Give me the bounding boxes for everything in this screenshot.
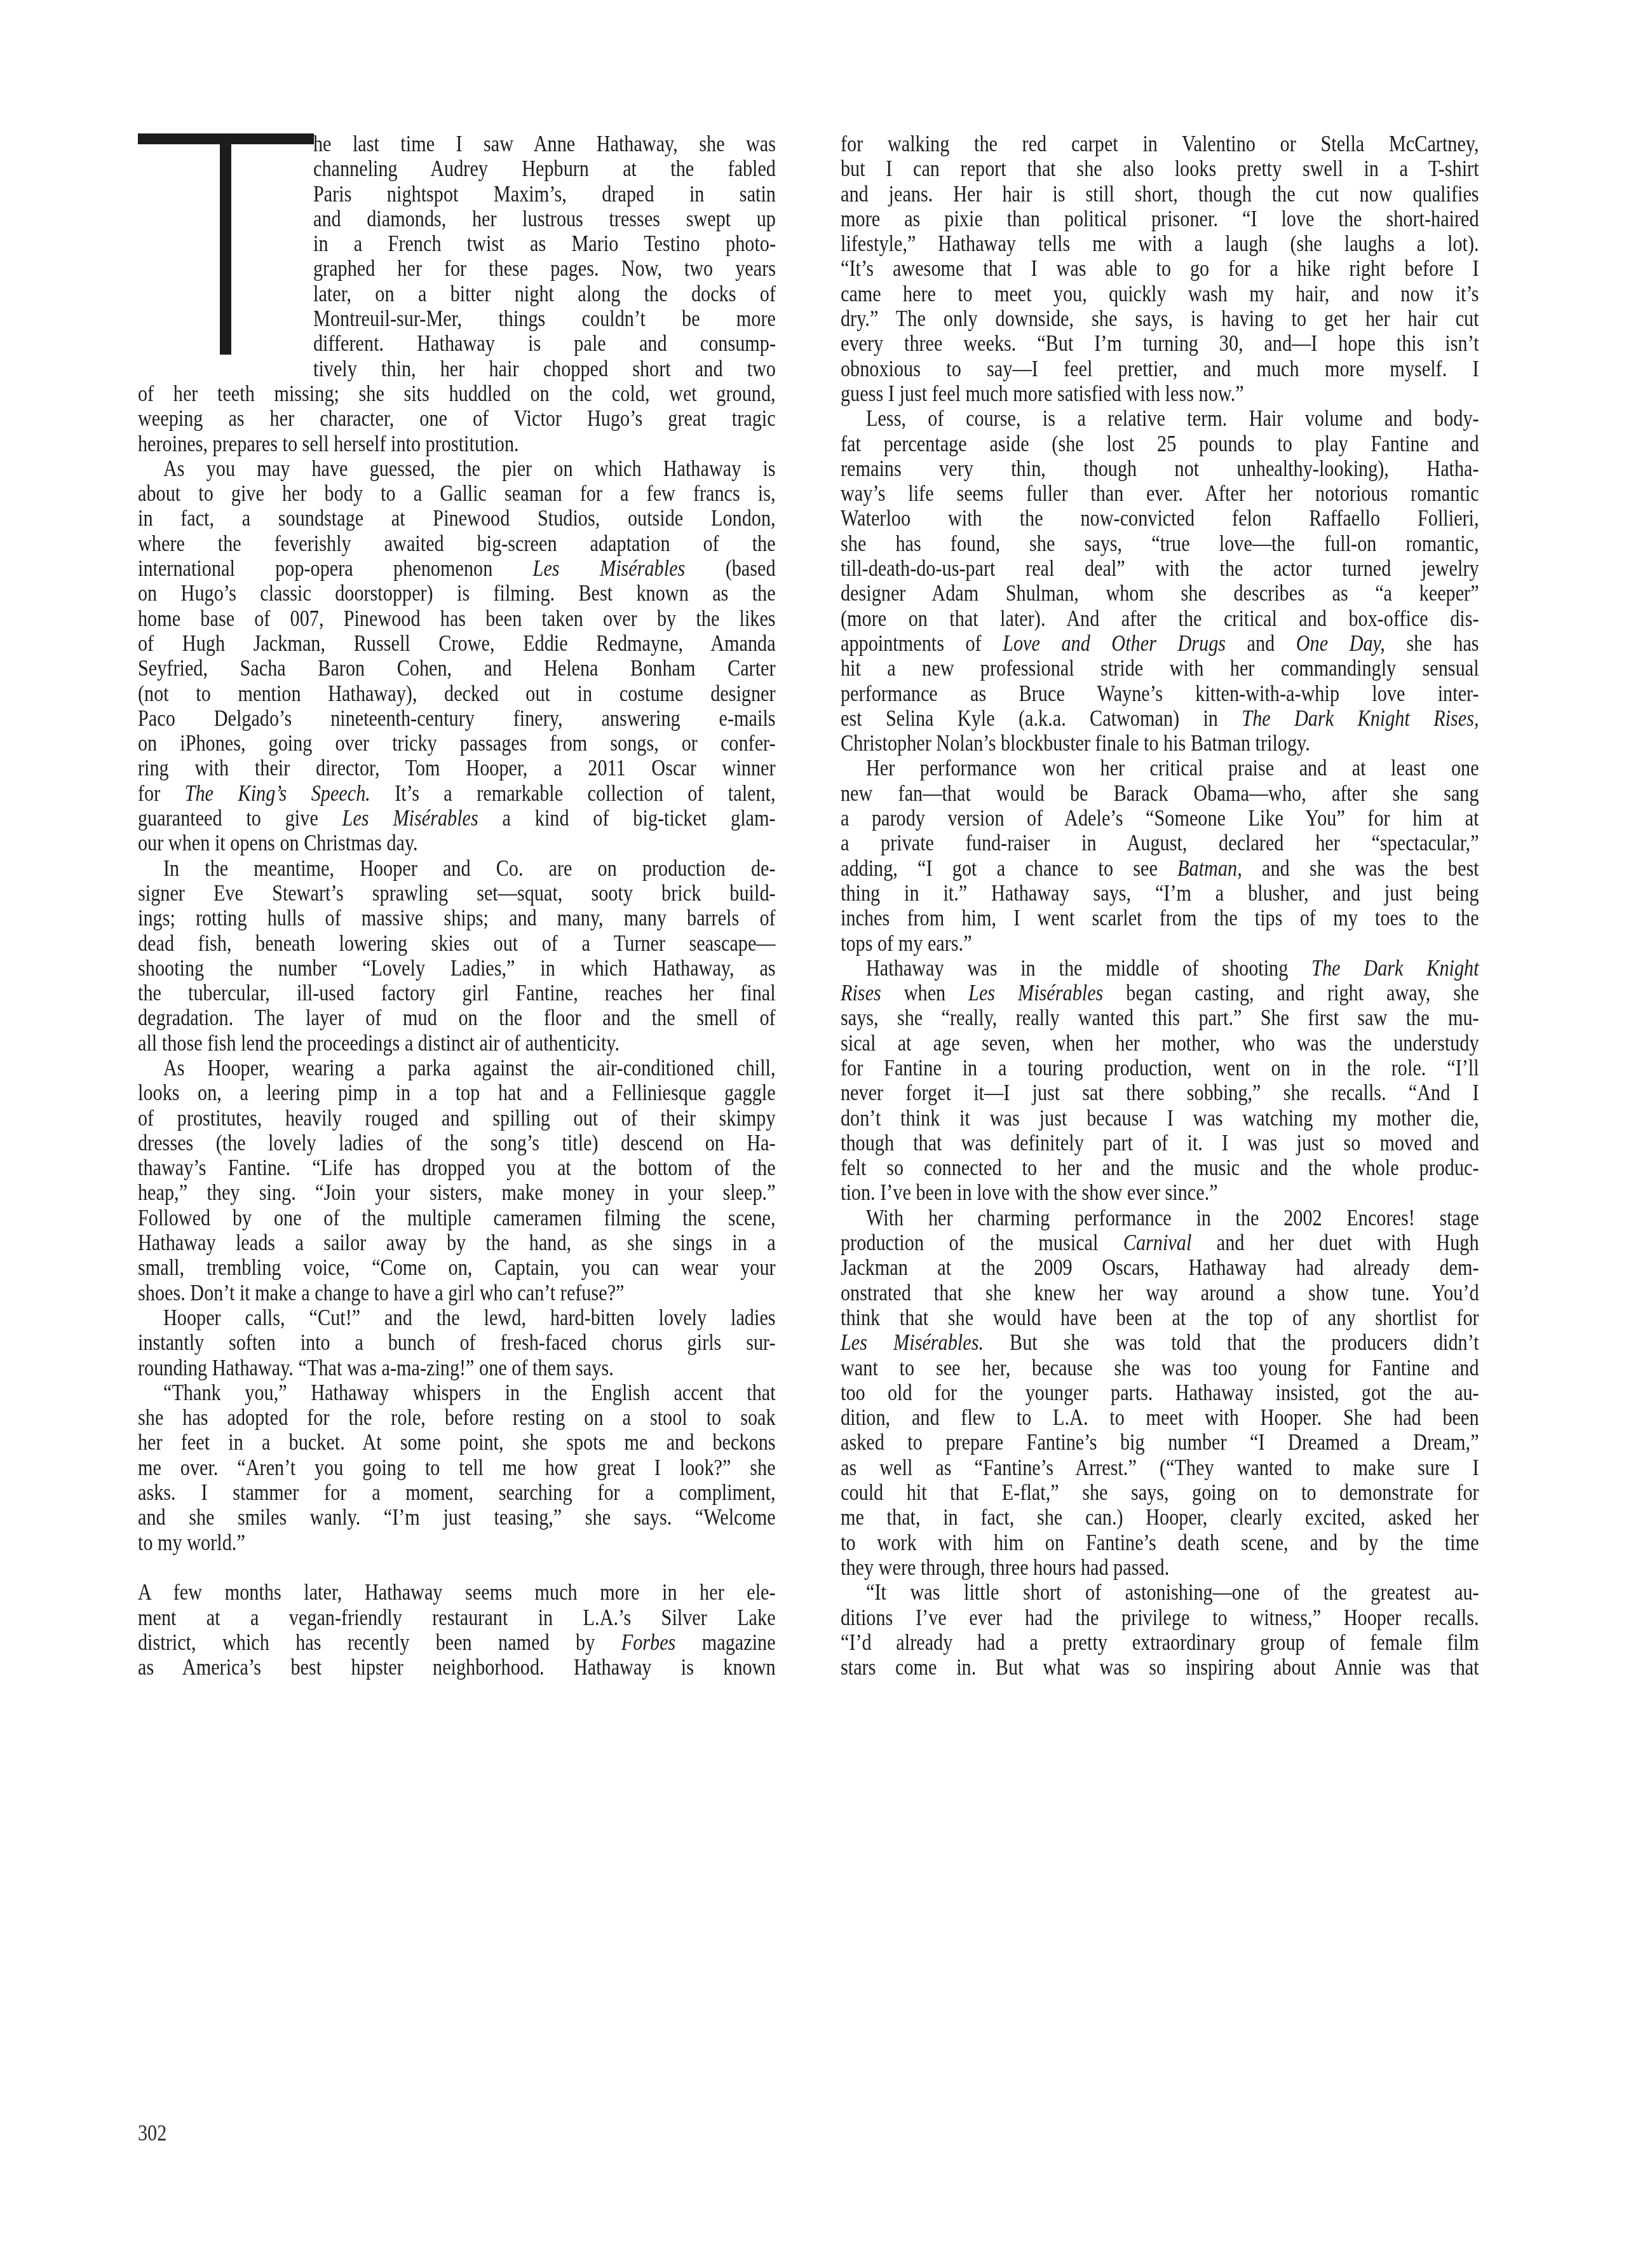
- text-line: hit a new professional stride with her c…: [841, 656, 1479, 681]
- text-line: for The King’s Speech. It’s a remarkable…: [138, 781, 776, 806]
- text-line: asked to prepare Fantine’s big number “I…: [841, 1430, 1479, 1455]
- text-line-content: to work with him on Fantine’s death scen…: [841, 1530, 1479, 1555]
- text-line: Hathaway was in the middle of shooting T…: [841, 956, 1479, 981]
- text-line-content: channeling Audrey Hepburn at the fabled: [313, 156, 776, 181]
- text-line-content: as well as “Fantine’s Arrest.” (“They wa…: [841, 1455, 1479, 1480]
- text-line: all those fish lend the proceedings a di…: [138, 1031, 776, 1056]
- text-line: shooting the number “Lovely Ladies,” in …: [138, 956, 776, 981]
- text-line-content: production of the musical Carnival and h…: [841, 1230, 1479, 1255]
- text-line-content: obnoxious to say—I feel prettier, and mu…: [841, 357, 1479, 381]
- text-line-content: they were through, three hours had passe…: [841, 1555, 1479, 1580]
- text-line-content: he last time I saw Anne Hathaway, she wa…: [313, 132, 776, 156]
- text-line: later, on a bitter night along the docks…: [313, 282, 776, 306]
- text-line: heroines, prepares to sell herself into …: [138, 432, 776, 456]
- text-line-content: dition, and flew to L.A. to meet with Ho…: [841, 1405, 1479, 1430]
- text-line: and jeans. Her hair is still short, thou…: [841, 182, 1479, 207]
- text-line-content: never forget it—I just sat there sobbing…: [841, 1080, 1479, 1105]
- text-line: the tubercular, ill-used factory girl Fa…: [138, 981, 776, 1005]
- text-line: shoes. Don’t it make a change to have a …: [138, 1281, 776, 1305]
- text-line: As Hooper, wearing a parka against the a…: [138, 1056, 776, 1080]
- text-line: sical at age seven, when her mother, who…: [841, 1031, 1479, 1056]
- text-line: obnoxious to say—I feel prettier, and mu…: [841, 357, 1479, 381]
- text-line: A few months later, Hathaway seems much …: [138, 1580, 776, 1605]
- text-line-content: Christopher Nolan’s blockbuster finale t…: [841, 731, 1479, 756]
- text-line-content: “I’d already had a pretty extraordinary …: [841, 1630, 1479, 1655]
- text-line-content: more as pixie than political prisoner. “…: [841, 207, 1479, 231]
- text-line: production of the musical Carnival and h…: [841, 1230, 1479, 1255]
- text-line-content: inches from him, I went scarlet from the…: [841, 906, 1479, 930]
- text-line-content: to my world.”: [138, 1530, 776, 1555]
- text-line: he last time I saw Anne Hathaway, she wa…: [313, 132, 776, 156]
- text-line: they were through, three hours had passe…: [841, 1555, 1479, 1580]
- text-line-content: different. Hathaway is pale and consump-: [313, 331, 776, 356]
- text-line-content: till-death-do-us-part real deal” with th…: [841, 556, 1479, 581]
- text-line-content: appointments of Love and Other Drugs and…: [841, 631, 1479, 656]
- text-line-content: (not to mention Hathaway), decked out in…: [138, 681, 776, 706]
- text-line-content: (more on that later). And after the crit…: [841, 606, 1479, 631]
- text-line-content: fat percentage aside (she lost 25 pounds…: [841, 432, 1479, 456]
- text-line: ment at a vegan-friendly restaurant in L…: [138, 1605, 776, 1630]
- text-line: to work with him on Fantine’s death scen…: [841, 1530, 1479, 1555]
- text-line: tively thin, her hair chopped short and …: [313, 357, 776, 381]
- text-line-content: want to see her, because she was too you…: [841, 1356, 1479, 1380]
- text-line-content: Seyfried, Sacha Baron Cohen, and Helena …: [138, 656, 776, 681]
- text-line: tion. I’ve been in love with the show ev…: [841, 1180, 1479, 1205]
- text-line: district, which has recently been named …: [138, 1630, 776, 1655]
- text-line: stars come in. But what was so inspiring…: [841, 1655, 1479, 1680]
- text-line: est Selina Kyle (a.k.a. Catwoman) in The…: [841, 706, 1479, 731]
- text-line: small, trembling voice, “Come on, Captai…: [138, 1255, 776, 1280]
- text-line: way’s life seems fuller than ever. After…: [841, 481, 1479, 506]
- text-line-content: Paco Delgado’s nineteenth-century finery…: [138, 706, 776, 731]
- text-line-content: for walking the red carpet in Valentino …: [841, 132, 1479, 156]
- text-line: think that she would have been at the to…: [841, 1305, 1479, 1330]
- text-line: Less, of course, is a relative term. Hai…: [841, 406, 1479, 431]
- text-line: dition, and flew to L.A. to meet with Ho…: [841, 1405, 1479, 1430]
- text-line: home base of 007, Pinewood has been take…: [138, 606, 776, 631]
- text-line-content: guess I just feel much more satisfied wi…: [841, 381, 1479, 406]
- text-line-content: in fact, a soundstage at Pinewood Studio…: [138, 506, 776, 531]
- text-line: With her charming performance in the 200…: [841, 1206, 1479, 1230]
- text-line-content: think that she would have been at the to…: [841, 1305, 1479, 1330]
- text-line: Les Misérables. But she was told that th…: [841, 1330, 1479, 1355]
- text-line-content: adding, “I got a chance to see Batman, a…: [841, 856, 1479, 881]
- text-line-content: she has found, she says, “true love—the …: [841, 531, 1479, 556]
- text-line-content: ring with their director, Tom Hooper, a …: [138, 756, 776, 780]
- text-line: heap,” they sing. “Join your sisters, ma…: [138, 1180, 776, 1205]
- text-line: Rises when Les Misérables began casting,…: [841, 981, 1479, 1005]
- text-line: and diamonds, her lustrous tresses swept…: [313, 207, 776, 231]
- text-line-content: rounding Hathaway. “That was a-ma-zing!”…: [138, 1356, 776, 1380]
- text-line: Paco Delgado’s nineteenth-century finery…: [138, 706, 776, 731]
- text-line: Montreuil-sur-Mer, things couldn’t be mo…: [313, 306, 776, 331]
- text-line-content: felt so connected to her and the music a…: [841, 1155, 1479, 1180]
- text-line: (more on that later). And after the crit…: [841, 606, 1479, 631]
- text-line-content: Followed by one of the multiple camerame…: [138, 1206, 776, 1230]
- text-line: weeping as her character, one of Victor …: [138, 406, 776, 431]
- text-line-content: “It’s awesome that I was able to go for …: [841, 256, 1479, 281]
- text-line-content: of Hugh Jackman, Russell Crowe, Eddie Re…: [138, 631, 776, 656]
- text-line: as America’s best hipster neighborhood. …: [138, 1655, 776, 1680]
- text-line-content: asked to prepare Fantine’s big number “I…: [841, 1430, 1479, 1455]
- text-line-content: est Selina Kyle (a.k.a. Catwoman) in The…: [841, 706, 1479, 731]
- text-line: lifestyle,” Hathaway tells me with a lau…: [841, 231, 1479, 256]
- text-line-content: her feet in a bucket. At some point, she…: [138, 1430, 776, 1455]
- text-line-content: heroines, prepares to sell herself into …: [138, 432, 776, 456]
- text-line-content: the tubercular, ill-used factory girl Fa…: [138, 981, 776, 1005]
- left-text-column: he last time I saw Anne Hathaway, she wa…: [138, 132, 776, 1680]
- text-line: designer Adam Shulman, whom she describe…: [841, 581, 1479, 606]
- text-line-content: Rises when Les Misérables began casting,…: [841, 981, 1479, 1005]
- text-line-content: onstrated that she knew her way around a…: [841, 1281, 1479, 1305]
- text-line-content: home base of 007, Pinewood has been take…: [138, 606, 776, 631]
- text-line-content: As you may have guessed, the pier on whi…: [138, 456, 776, 481]
- text-line-content: me that, in fact, she can.) Hooper, clea…: [841, 1505, 1479, 1530]
- text-line: in fact, a soundstage at Pinewood Studio…: [138, 506, 776, 531]
- text-line: don’t think it was just because I was wa…: [841, 1106, 1479, 1131]
- text-line-content: A few months later, Hathaway seems much …: [138, 1580, 776, 1605]
- text-line: signer Eve Stewart’s sprawling set—squat…: [138, 881, 776, 906]
- text-line: different. Hathaway is pale and consump-: [313, 331, 776, 356]
- text-line-content: international pop-opera phenomenon Les M…: [138, 556, 776, 581]
- text-line: too old for the younger parts. Hathaway …: [841, 1380, 1479, 1405]
- text-line: on Hugo’s classic doorstopper) is filmin…: [138, 581, 776, 606]
- text-line: but I can report that she also looks pre…: [841, 156, 1479, 181]
- text-line: As you may have guessed, the pier on whi…: [138, 456, 776, 481]
- text-line: ings; rotting hulls of massive ships; an…: [138, 906, 776, 930]
- text-line-content: instantly soften into a bunch of fresh-f…: [138, 1330, 776, 1355]
- text-line-content: thing in it.” Hathaway says, “I’m a blus…: [841, 881, 1479, 906]
- text-line: of Hugh Jackman, Russell Crowe, Eddie Re…: [138, 631, 776, 656]
- text-line-content: shooting the number “Lovely Ladies,” in …: [138, 956, 776, 981]
- text-line-content: designer Adam Shulman, whom she describe…: [841, 581, 1479, 606]
- text-line-content: graphed her for these pages. Now, two ye…: [313, 256, 776, 281]
- text-line-content: asks. I stammer for a moment, searching …: [138, 1480, 776, 1505]
- text-line: thaway’s Fantine. “Life has dropped you …: [138, 1155, 776, 1180]
- text-line-content: stars come in. But what was so inspiring…: [841, 1655, 1479, 1680]
- text-line: rounding Hathaway. “That was a-ma-zing!”…: [138, 1356, 776, 1380]
- text-line-content: and diamonds, her lustrous tresses swept…: [313, 207, 776, 231]
- text-line: in a French twist as Mario Testino photo…: [313, 231, 776, 256]
- text-line-content: Paris nightspot Maxim’s, draped in satin: [313, 182, 776, 207]
- text-line: thing in it.” Hathaway says, “I’m a blus…: [841, 881, 1479, 906]
- text-line-content: in a French twist as Mario Testino photo…: [313, 231, 776, 256]
- text-line: our when it opens on Christmas day.: [138, 831, 776, 855]
- text-line: for Fantine in a touring production, wen…: [841, 1056, 1479, 1080]
- text-line-content: on iPhones, going over tricky passages f…: [138, 731, 776, 756]
- text-line: international pop-opera phenomenon Les M…: [138, 556, 776, 581]
- text-line: dead fish, beneath lowering skies out of…: [138, 931, 776, 956]
- text-line-content: tion. I’ve been in love with the show ev…: [841, 1180, 1479, 1205]
- text-line: dresses (the lovely ladies of the song’s…: [138, 1131, 776, 1155]
- text-line: for walking the red carpet in Valentino …: [841, 132, 1479, 156]
- text-line: about to give her body to a Gallic seama…: [138, 481, 776, 506]
- section-break: [138, 1555, 776, 1580]
- text-line-content: about to give her body to a Gallic seama…: [138, 481, 776, 506]
- text-line-content: With her charming performance in the 200…: [841, 1206, 1479, 1230]
- text-line: Her performance won her critical praise …: [841, 756, 1479, 780]
- text-line-content: dresses (the lovely ladies of the song’s…: [138, 1131, 776, 1155]
- text-line: ditions I’ve ever had the privilege to w…: [841, 1605, 1479, 1630]
- text-line: came here to meet you, quickly wash my h…: [841, 282, 1479, 306]
- text-line: new fan—that would be Barack Obama—who, …: [841, 781, 1479, 806]
- text-line: “It’s awesome that I was able to go for …: [841, 256, 1479, 281]
- text-line-content: as America’s best hipster neighborhood. …: [138, 1655, 776, 1680]
- text-line: a parody version of Adele’s “Someone Lik…: [841, 806, 1479, 831]
- text-line-content: for The King’s Speech. It’s a remarkable…: [138, 781, 776, 806]
- text-line: a private fund-raiser in August, declare…: [841, 831, 1479, 855]
- text-line-content: thaway’s Fantine. “Life has dropped you …: [138, 1155, 776, 1180]
- text-line-content: “Thank you,” Hathaway whispers in the En…: [138, 1380, 776, 1405]
- text-line: adding, “I got a chance to see Batman, a…: [841, 856, 1479, 881]
- text-line-content: weeping as her character, one of Victor …: [138, 406, 776, 431]
- text-line: to my world.”: [138, 1530, 776, 1555]
- page-number: 302: [138, 2120, 166, 2146]
- text-line-content: our when it opens on Christmas day.: [138, 831, 776, 855]
- text-line: more as pixie than political prisoner. “…: [841, 207, 1479, 231]
- text-line-content: lifestyle,” Hathaway tells me with a lau…: [841, 231, 1479, 256]
- text-line-content: heap,” they sing. “Join your sisters, ma…: [138, 1180, 776, 1205]
- text-line: Christopher Nolan’s blockbuster finale t…: [841, 731, 1479, 756]
- text-line-content: In the meantime, Hooper and Co. are on p…: [138, 856, 776, 881]
- text-line-content: Montreuil-sur-Mer, things couldn’t be mo…: [313, 306, 776, 331]
- text-line-content: came here to meet you, quickly wash my h…: [841, 282, 1479, 306]
- text-line: me that, in fact, she can.) Hooper, clea…: [841, 1505, 1479, 1530]
- text-line-content: Hathaway leads a sailor away by the hand…: [138, 1230, 776, 1255]
- text-line-content: she has adopted for the role, before res…: [138, 1405, 776, 1430]
- text-line-content: Les Misérables. But she was told that th…: [841, 1330, 1479, 1355]
- text-line-content: ditions I’ve ever had the privilege to w…: [841, 1605, 1479, 1630]
- text-line: ring with their director, Tom Hooper, a …: [138, 756, 776, 780]
- text-line-content: tively thin, her hair chopped short and …: [313, 357, 776, 381]
- text-line-content: As Hooper, wearing a parka against the a…: [138, 1056, 776, 1080]
- text-line-content: new fan—that would be Barack Obama—who, …: [841, 781, 1479, 806]
- text-line: performance as Bruce Wayne’s kitten-with…: [841, 681, 1479, 706]
- text-line: asks. I stammer for a moment, searching …: [138, 1480, 776, 1505]
- text-line-content: could hit that E-flat,” she says, going …: [841, 1480, 1479, 1505]
- text-line: guess I just feel much more satisfied wi…: [841, 381, 1479, 406]
- text-line-content: Less, of course, is a relative term. Hai…: [841, 406, 1479, 431]
- text-line-content: shoes. Don’t it make a change to have a …: [138, 1281, 776, 1305]
- text-line: remains very thin, though not unhealthy-…: [841, 456, 1479, 481]
- text-line: appointments of Love and Other Drugs and…: [841, 631, 1479, 656]
- text-line-content: and jeans. Her hair is still short, thou…: [841, 182, 1479, 207]
- text-line-content: of her teeth missing; she sits huddled o…: [138, 381, 776, 406]
- text-line-content: dry.” The only downside, she says, is ha…: [841, 306, 1479, 331]
- text-line: where the feverishly awaited big-screen …: [138, 531, 776, 556]
- text-line-content: way’s life seems fuller than ever. After…: [841, 481, 1479, 506]
- text-line-content: on Hugo’s classic doorstopper) is filmin…: [138, 581, 776, 606]
- text-line: “Thank you,” Hathaway whispers in the En…: [138, 1380, 776, 1405]
- text-line: degradation. The layer of mud on the flo…: [138, 1005, 776, 1030]
- magazine-page: he last time I saw Anne Hathaway, she wa…: [0, 0, 1652, 2246]
- text-line-content: sical at age seven, when her mother, who…: [841, 1031, 1479, 1056]
- text-line-content: me over. “Aren’t you going to tell me ho…: [138, 1455, 776, 1480]
- text-line-content: Waterloo with the now-convicted felon Ra…: [841, 506, 1479, 531]
- text-line-content: dead fish, beneath lowering skies out of…: [138, 931, 776, 956]
- text-line: looks on, a leering pimp in a top hat an…: [138, 1080, 776, 1105]
- text-line: as well as “Fantine’s Arrest.” (“They wa…: [841, 1455, 1479, 1480]
- text-line: graphed her for these pages. Now, two ye…: [313, 256, 776, 281]
- text-line-content: ment at a vegan-friendly restaurant in L…: [138, 1605, 776, 1630]
- text-line: Hathaway leads a sailor away by the hand…: [138, 1230, 776, 1255]
- text-line-content: later, on a bitter night along the docks…: [313, 282, 776, 306]
- text-line: though that was definitely part of it. I…: [841, 1131, 1479, 1155]
- text-line-content: hit a new professional stride with her c…: [841, 656, 1479, 681]
- text-line: Paris nightspot Maxim’s, draped in satin: [313, 182, 776, 207]
- text-line: her feet in a bucket. At some point, she…: [138, 1430, 776, 1455]
- text-line-content: looks on, a leering pimp in a top hat an…: [138, 1080, 776, 1105]
- text-line: every three weeks. “But I’m turning 30, …: [841, 331, 1479, 356]
- text-line: she has adopted for the role, before res…: [138, 1405, 776, 1430]
- text-line: “I’d already had a pretty extraordinary …: [841, 1630, 1479, 1655]
- text-line-content: every three weeks. “But I’m turning 30, …: [841, 331, 1479, 356]
- text-line: and she smiles wanly. “I’m just teasing,…: [138, 1505, 776, 1530]
- text-line: could hit that E-flat,” she says, going …: [841, 1480, 1479, 1505]
- text-line: “It was little short of astonishing—one …: [841, 1580, 1479, 1605]
- text-line-content: though that was definitely part of it. I…: [841, 1131, 1479, 1155]
- text-line: of her teeth missing; she sits huddled o…: [138, 381, 776, 406]
- text-line-content: a private fund-raiser in August, declare…: [841, 831, 1479, 855]
- text-line-content: all those fish lend the proceedings a di…: [138, 1031, 776, 1056]
- text-line-content: says, she “really, really wanted this pa…: [841, 1005, 1479, 1030]
- text-line-content: “It was little short of astonishing—one …: [841, 1580, 1479, 1605]
- text-line-content: of prostitutes, heavily rouged and spill…: [138, 1106, 776, 1131]
- text-line-content: Jackman at the 2009 Oscars, Hathaway had…: [841, 1255, 1479, 1280]
- text-line: never forget it—I just sat there sobbing…: [841, 1080, 1479, 1105]
- text-line: guaranteed to give Les Misérables a kind…: [138, 806, 776, 831]
- text-line: fat percentage aside (she lost 25 pounds…: [841, 432, 1479, 456]
- text-line: Hooper calls, “Cut!” and the lewd, hard-…: [138, 1305, 776, 1330]
- text-line-content: Her performance won her critical praise …: [841, 756, 1479, 780]
- text-line-content: where the feverishly awaited big-screen …: [138, 531, 776, 556]
- text-line: instantly soften into a bunch of fresh-f…: [138, 1330, 776, 1355]
- text-line: want to see her, because she was too you…: [841, 1356, 1479, 1380]
- text-line-content: performance as Bruce Wayne’s kitten-with…: [841, 681, 1479, 706]
- right-text-column: for walking the red carpet in Valentino …: [841, 132, 1479, 1680]
- text-line: inches from him, I went scarlet from the…: [841, 906, 1479, 930]
- text-line-content: don’t think it was just because I was wa…: [841, 1106, 1479, 1131]
- text-line-content: remains very thin, though not unhealthy-…: [841, 456, 1479, 481]
- text-line: Followed by one of the multiple camerame…: [138, 1206, 776, 1230]
- text-line: onstrated that she knew her way around a…: [841, 1281, 1479, 1305]
- text-line-content: Hathaway was in the middle of shooting T…: [841, 956, 1479, 981]
- text-line-content: district, which has recently been named …: [138, 1630, 776, 1655]
- text-line-content: and she smiles wanly. “I’m just teasing,…: [138, 1505, 776, 1530]
- text-line: till-death-do-us-part real deal” with th…: [841, 556, 1479, 581]
- text-line: Seyfried, Sacha Baron Cohen, and Helena …: [138, 656, 776, 681]
- text-line-content: small, trembling voice, “Come on, Captai…: [138, 1255, 776, 1280]
- text-line: felt so connected to her and the music a…: [841, 1155, 1479, 1180]
- text-line: channeling Audrey Hepburn at the fabled: [313, 156, 776, 181]
- text-line-content: ings; rotting hulls of massive ships; an…: [138, 906, 776, 930]
- text-line-content: degradation. The layer of mud on the flo…: [138, 1005, 776, 1030]
- text-line: dry.” The only downside, she says, is ha…: [841, 306, 1479, 331]
- text-line-content: too old for the younger parts. Hathaway …: [841, 1380, 1479, 1405]
- text-line: Waterloo with the now-convicted felon Ra…: [841, 506, 1479, 531]
- text-line: Jackman at the 2009 Oscars, Hathaway had…: [841, 1255, 1479, 1280]
- text-line-content: but I can report that she also looks pre…: [841, 156, 1479, 181]
- text-line: In the meantime, Hooper and Co. are on p…: [138, 856, 776, 881]
- text-line-content: Hooper calls, “Cut!” and the lewd, hard-…: [138, 1305, 776, 1330]
- text-line-content: a parody version of Adele’s “Someone Lik…: [841, 806, 1479, 831]
- text-line: me over. “Aren’t you going to tell me ho…: [138, 1455, 776, 1480]
- text-line-content: tops of my ears.”: [841, 931, 1479, 956]
- text-line: says, she “really, really wanted this pa…: [841, 1005, 1479, 1030]
- text-line-content: for Fantine in a touring production, wen…: [841, 1056, 1479, 1080]
- text-line: of prostitutes, heavily rouged and spill…: [138, 1106, 776, 1131]
- text-line: tops of my ears.”: [841, 931, 1479, 956]
- text-line-content: signer Eve Stewart’s sprawling set—squat…: [138, 881, 776, 906]
- text-line: on iPhones, going over tricky passages f…: [138, 731, 776, 756]
- text-line: (not to mention Hathaway), decked out in…: [138, 681, 776, 706]
- text-line: she has found, she says, “true love—the …: [841, 531, 1479, 556]
- text-line-content: guaranteed to give Les Misérables a kind…: [138, 806, 776, 831]
